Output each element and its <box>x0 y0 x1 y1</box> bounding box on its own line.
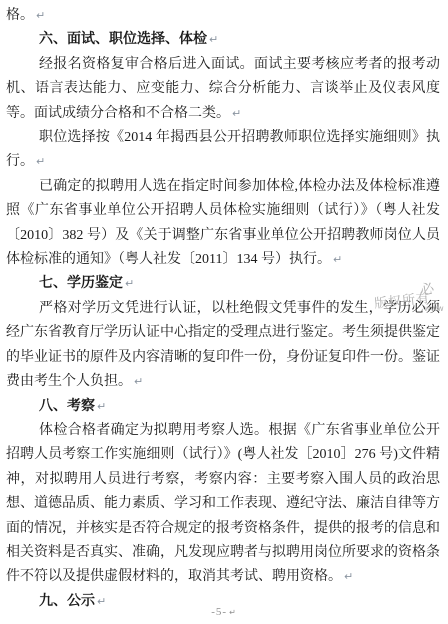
text-run: 严格对学历文凭进行认证，以杜绝假文凭事件的发生，学历必须经广东省教育厅学历认证中… <box>6 301 440 389</box>
text-run: 六、面试、职位选择、体检 <box>39 32 207 47</box>
paragraph-mark-icon: ↵ <box>333 253 342 266</box>
paragraph-mark-icon: ↵ <box>209 33 218 46</box>
paragraph-mark-icon: ↵ <box>97 400 106 413</box>
paragraph-mark-icon: ↵ <box>125 277 134 290</box>
section-heading: 六、面试、职位选择、体检↵ <box>6 28 440 52</box>
paragraph-mark-icon: ↵ <box>36 9 45 22</box>
page-number: -5- <box>211 606 227 618</box>
body-paragraph: 体检合格者确定为拟聘用考察人选。根据《广东省事业单位公开招聘人员考察工作实施细则… <box>6 419 440 590</box>
text-run: 格。 <box>6 8 34 23</box>
paragraph-mark-icon: ↵ <box>134 375 143 388</box>
page-footer: -5-↵ <box>0 605 448 620</box>
section-heading: 八、考察↵ <box>6 395 440 419</box>
paragraph-mark-icon: ↵ <box>344 570 353 583</box>
text-run: 体检合格者确定为拟聘用考察人选。根据《广东省事业单位公开招聘人员考察工作实施细则… <box>6 423 440 584</box>
paragraph-mark-icon: ↵ <box>229 608 237 617</box>
section-heading: 七、学历鉴定↵ <box>6 272 440 296</box>
continuation-line: 格。↵ <box>6 4 440 28</box>
text-run: 已确定的拟聘用人选在指定时间参加体检,体检办法及体检标准遵照《广东省事业单位公开… <box>6 179 440 267</box>
body-paragraph: 严格对学历文凭进行认证，以杜绝假文凭事件的发生，学历必须经广东省教育厅学历认证中… <box>6 297 440 395</box>
body-paragraph: 已确定的拟聘用人选在指定时间参加体检,体检办法及体检标准遵照《广东省事业单位公开… <box>6 175 440 273</box>
text-run: 七、学历鉴定 <box>39 276 123 291</box>
text-run: 经报名资格复审合格后进入面试。面试主要考核应考者的报考动机、语言表达能力、应变能… <box>6 57 440 121</box>
text-run: 职位选择按《2014 年揭西县公开招聘教师职位选择实施细则》执行。 <box>6 130 440 169</box>
paragraph-mark-icon: ↵ <box>36 155 45 168</box>
document-page: 格。↵六、面试、职位选择、体检↵经报名资格复审合格后进入面试。面试主要考核应考者… <box>0 0 448 624</box>
body-paragraph: 经报名资格复审合格后进入面试。面试主要考核应考者的报考动机、语言表达能力、应变能… <box>6 53 440 126</box>
text-run: 八、考察 <box>39 399 95 414</box>
paragraph-mark-icon: ↵ <box>232 107 241 120</box>
body-paragraph: 职位选择按《2014 年揭西县公开招聘教师职位选择实施细则》执行。↵ <box>6 126 440 175</box>
document-content: 格。↵六、面试、职位选择、体检↵经报名资格复审合格后进入面试。面试主要考核应考者… <box>6 4 440 614</box>
